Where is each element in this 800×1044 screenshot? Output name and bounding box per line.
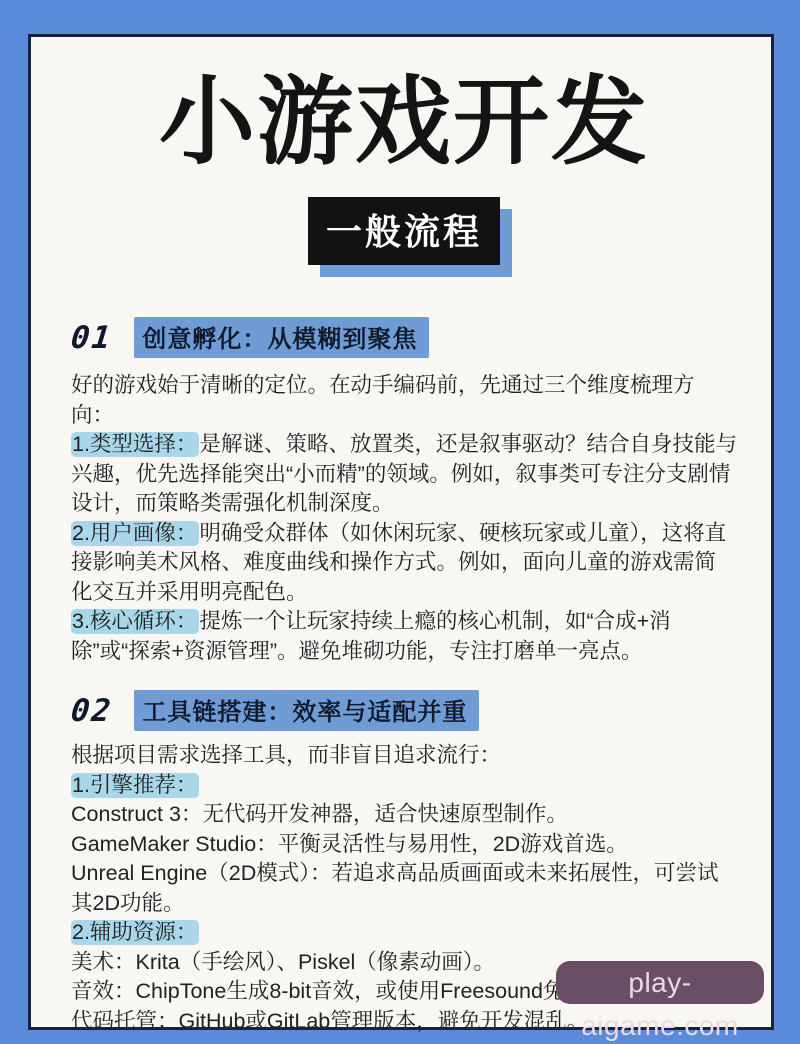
- poster-card: 小游戏开发 一般流程 01 创意孵化：从模糊到聚焦 好的游戏始于清晰的定位。在动…: [28, 34, 774, 1030]
- watermark-badge: play-aigame.com: [556, 961, 764, 1004]
- paragraph-line: 1.引擎推荐：: [71, 771, 737, 801]
- section-header: 01 创意孵化：从模糊到聚焦: [71, 317, 737, 358]
- subtitle-container: 一般流程: [71, 197, 737, 265]
- highlight-label: 1.引擎推荐：: [71, 773, 199, 798]
- intro-text: 好的游戏始于清晰的定位。在动手编码前，先通过三个维度梳理方向：: [71, 373, 695, 427]
- paragraph-line: 根据项目需求选择工具，而非盲目追求流行：: [71, 741, 737, 771]
- line-text: Unreal Engine（2D模式）：若追求高品质画面或未来拓展性，可尝试其2…: [71, 861, 719, 915]
- paragraph-line: 2.辅助资源：: [71, 918, 737, 948]
- paragraph-line: Unreal Engine（2D模式）：若追求高品质画面或未来拓展性，可尝试其2…: [71, 859, 737, 918]
- paragraph-line: 3.核心循环：提炼一个让玩家持续上瘾的核心机制，如“合成+消除”或“探索+资源管…: [71, 607, 737, 666]
- section-heading: 工具链搭建：效率与适配并重: [134, 690, 479, 731]
- subtitle-badge: 一般流程: [308, 197, 500, 265]
- intro-text: 根据项目需求选择工具，而非盲目追求流行：: [71, 743, 501, 767]
- paragraph-line: 好的游戏始于清晰的定位。在动手编码前，先通过三个维度梳理方向：: [71, 371, 737, 430]
- paragraph-line: 2.用户画像：明确受众群体（如休闲玩家、硬核玩家或儿童），这将直接影响美术风格、…: [71, 519, 737, 608]
- section-heading: 创意孵化：从模糊到聚焦: [134, 317, 429, 358]
- highlight-label: 1.类型选择：: [71, 432, 199, 457]
- line-text: 美术：Krita（手绘风）、Piskel（像素动画）。: [71, 950, 495, 974]
- section-body: 好的游戏始于清晰的定位。在动手编码前，先通过三个维度梳理方向： 1.类型选择：是…: [71, 371, 737, 666]
- section-number: 02: [69, 693, 114, 729]
- paragraph-line: GameMaker Studio：平衡灵活性与易用性，2D游戏首选。: [71, 830, 737, 860]
- highlight-label: 3.核心循环：: [71, 609, 199, 634]
- highlight-label: 2.辅助资源：: [71, 920, 199, 945]
- section-idea-incubation: 01 创意孵化：从模糊到聚焦 好的游戏始于清晰的定位。在动手编码前，先通过三个维…: [71, 317, 737, 666]
- line-text: 代码托管：GitHub或GitLab管理版本，避免开发混乱。: [71, 1009, 588, 1033]
- line-text: Construct 3：无代码开发神器，适合快速原型制作。: [71, 802, 568, 826]
- section-header: 02 工具链搭建：效率与适配并重: [71, 690, 737, 731]
- highlight-label: 2.用户画像：: [71, 521, 199, 546]
- paragraph-line: 1.类型选择：是解谜、策略、放置类，还是叙事驱动？结合自身技能与兴趣，优先选择能…: [71, 430, 737, 519]
- paragraph-line: Construct 3：无代码开发神器，适合快速原型制作。: [71, 800, 737, 830]
- page-title: 小游戏开发: [71, 71, 737, 175]
- line-text: GameMaker Studio：平衡灵活性与易用性，2D游戏首选。: [71, 832, 628, 856]
- section-number: 01: [69, 320, 114, 356]
